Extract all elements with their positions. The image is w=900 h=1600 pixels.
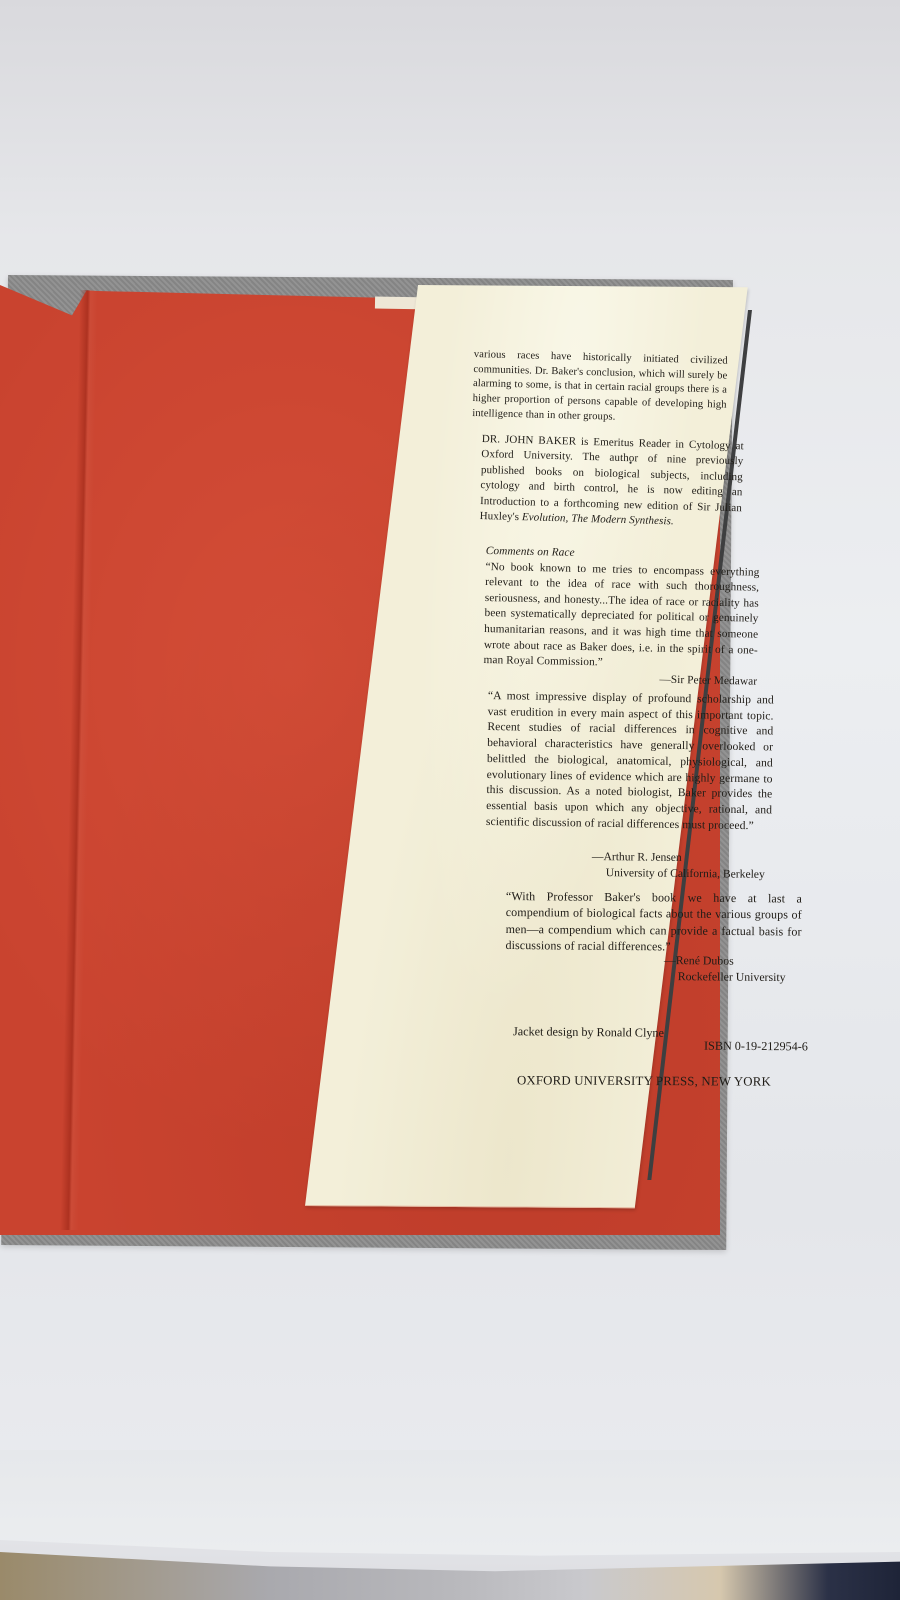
flap-summary-paragraph: various races have historically initiate…	[472, 348, 728, 428]
comments-section: Comments on Race “No book known to me tr…	[483, 544, 760, 690]
jensen-affiliation: University of California, Berkeley	[592, 865, 765, 883]
author-bio-text: DR. JOHN BAKER is Emeritus Reader in Cyt…	[479, 432, 743, 532]
quote-attribution-jensen: —Arthur R. Jensen University of Californ…	[592, 849, 765, 883]
quote-jensen-block: “A most impressive display of profound s…	[486, 688, 774, 834]
author-name: DR. JOHN BAKER	[482, 433, 577, 448]
summary-text: various races have historically initiate…	[472, 348, 728, 428]
quote-dubos-block: “With Professor Baker's book we have at …	[505, 888, 802, 956]
author-bio-body: is Emeritus Reader in Cytology at Oxford…	[479, 436, 743, 524]
quote-jensen: “A most impressive display of profound s…	[486, 688, 774, 834]
table-edge-background	[0, 1552, 900, 1600]
author-bio-paragraph: DR. JOHN BAKER is Emeritus Reader in Cyt…	[479, 432, 743, 532]
jacket-design-credit: Jacket design by Ronald Clyne	[513, 1024, 664, 1041]
quote-dubos: “With Professor Baker's book we have at …	[505, 888, 802, 956]
quote-attribution-dubos: —René Dubos Rockefeller University	[664, 952, 786, 985]
dubos-name: —René Dubos	[664, 952, 786, 969]
book-title-reference: Evolution, The Modern Synthesis.	[522, 511, 674, 527]
quote-medawar: “No book known to me tries to encompass …	[483, 560, 759, 675]
isbn-number: ISBN 0-19-212954-6	[704, 1039, 808, 1055]
dubos-affiliation: Rockefeller University	[664, 968, 786, 985]
white-sheet-background	[0, 1450, 900, 1570]
publisher-imprint: OXFORD UNIVERSITY PRESS, NEW YORK	[517, 1073, 771, 1089]
jensen-name: —Arthur R. Jensen	[592, 849, 765, 867]
